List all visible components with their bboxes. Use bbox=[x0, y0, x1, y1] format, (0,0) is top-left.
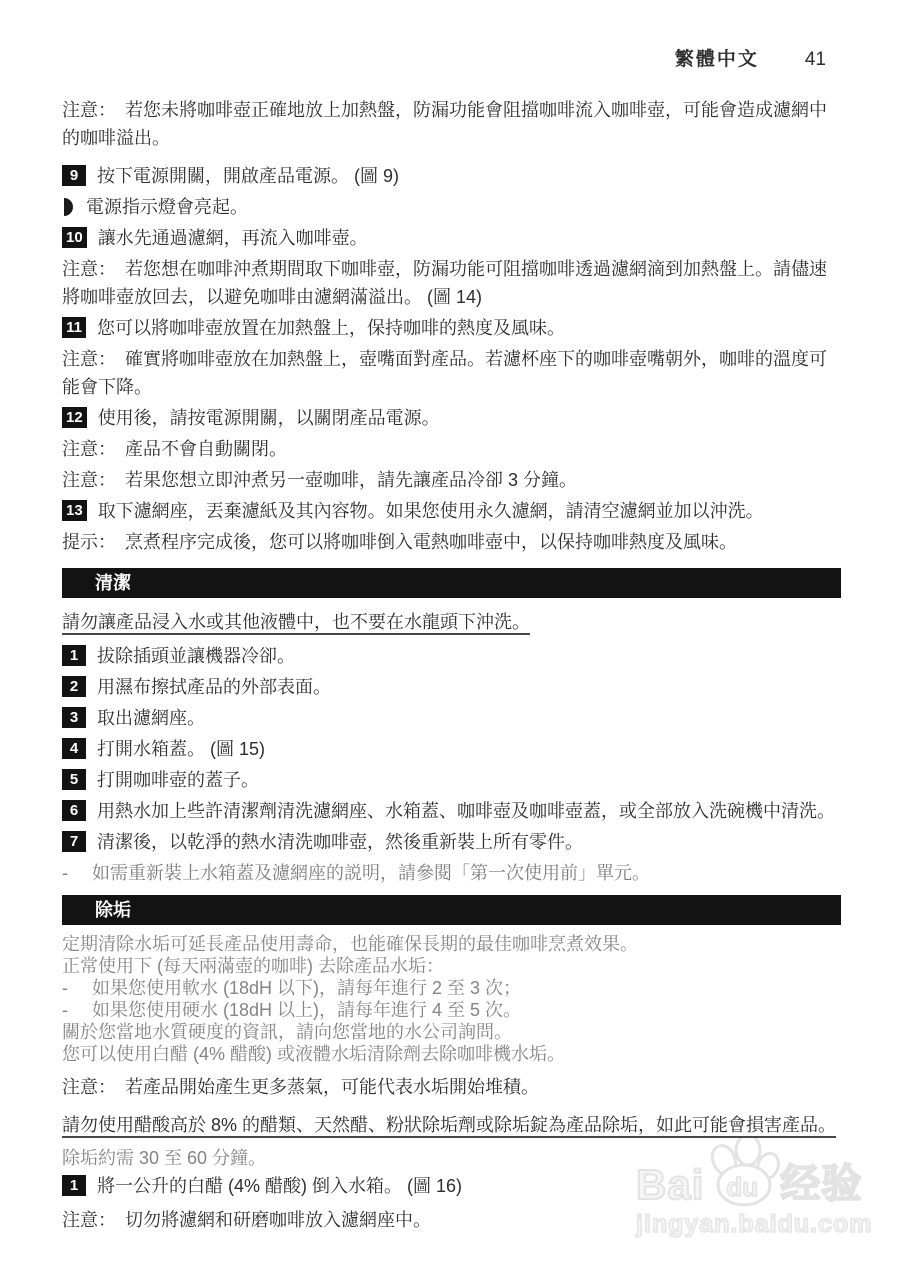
step-text: 取下濾網座，丟棄濾紙及其內容物。如果您使用永久濾網，請清空濾網並加以沖洗。 bbox=[98, 497, 764, 525]
note-no-autooff: 注意： 產品不會自動關閉。 bbox=[62, 435, 841, 463]
descale-vinegar: 您可以使用白醋 (4% 醋酸) 或液體水垢清除劑去除咖啡機水垢。 bbox=[62, 1043, 841, 1065]
note-no-filter: 注意： 切勿將濾網和研磨咖啡放入濾網座中。 bbox=[62, 1206, 841, 1234]
step-number-badge: 11 bbox=[62, 317, 86, 338]
warning-immersion: 請勿讓產品浸入水或其他液體中，也不要在水龍頭下沖洗。 bbox=[62, 608, 841, 636]
result-text: 電源指示燈會亮起。 bbox=[86, 193, 248, 221]
step-9-result: 電源指示燈會亮起。 bbox=[62, 193, 841, 221]
step-text: 您可以將咖啡壺放置在加熱盤上，保持咖啡的熱度及風味。 bbox=[97, 314, 565, 342]
dash-hard-water: - 如果您使用硬水 (18dH 以上)，請每年進行 4 至 5 次。 bbox=[62, 999, 841, 1021]
result-bullet-icon bbox=[64, 198, 73, 216]
step-text: 用熱水加上些許清潔劑清洗濾網座、水箱蓋、咖啡壺及咖啡壺蓋，或全部放入洗碗機中清洗… bbox=[97, 797, 835, 825]
descale-normal-use: 正常使用下 (每天兩滿壺的咖啡) 去除產品水垢： bbox=[62, 955, 841, 977]
step-number-badge: 13 bbox=[62, 500, 87, 521]
dash-bullet: - bbox=[62, 977, 92, 999]
step-number-badge: 2 bbox=[62, 676, 86, 697]
step-number-badge: 9 bbox=[62, 165, 86, 186]
step-9: 9 按下電源開關，開啟產品電源。 (圖 9) bbox=[62, 162, 841, 190]
step-number-badge: 5 bbox=[62, 769, 86, 790]
page-number: 41 bbox=[805, 49, 826, 71]
step-number-badge: 10 bbox=[62, 227, 87, 248]
step-text: 使用後，請按電源開關，以關閉產品電源。 bbox=[98, 404, 440, 432]
cleaning-step-2: 2 用濕布擦拭產品的外部表面。 bbox=[62, 673, 841, 701]
cleaning-step-3: 3 取出濾網座。 bbox=[62, 704, 841, 732]
step-number-badge: 7 bbox=[62, 831, 86, 852]
step-text: 讓水先通過濾網，再流入咖啡壺。 bbox=[98, 224, 368, 252]
tip-thermos: 提示： 烹煮程序完成後，您可以將咖啡倒入電熱咖啡壺中，以保持咖啡熱度及風味。 bbox=[62, 528, 841, 556]
cleaning-step-6: 6 用熱水加上些許清潔劑清洗濾網座、水箱蓋、咖啡壺及咖啡壺蓋，或全部放入洗碗機中… bbox=[62, 797, 841, 825]
note-remove-pot: 注意： 若您想在咖啡沖煮期間取下咖啡壺，防漏功能可阻擋咖啡透過濾網滴到加熱盤上。… bbox=[62, 255, 841, 311]
step-number-badge: 6 bbox=[62, 800, 86, 821]
step-number-badge: 4 bbox=[62, 738, 86, 759]
note-steam: 注意： 若產品開始產生更多蒸氣，可能代表水垢開始堆積。 bbox=[62, 1073, 841, 1101]
dash-note-reassemble: - 如需重新裝上水箱蓋及濾網座的説明，請參閱「第一次使用前」單元。 bbox=[62, 859, 841, 887]
cleaning-step-7: 7 清潔後，以乾淨的熱水清洗咖啡壺，然後重新裝上所有零件。 bbox=[62, 828, 841, 856]
step-10: 10 讓水先通過濾網，再流入咖啡壺。 bbox=[62, 224, 841, 252]
step-text: 清潔後，以乾淨的熱水清洗咖啡壺，然後重新裝上所有零件。 bbox=[97, 828, 583, 856]
step-text: 取出濾網座。 bbox=[97, 704, 205, 732]
dash-bullet: - bbox=[62, 859, 92, 887]
cleaning-step-4: 4 打開水箱蓋。 (圖 15) bbox=[62, 735, 841, 763]
step-text: 打開水箱蓋。 (圖 15) bbox=[97, 735, 265, 763]
step-13: 13 取下濾網座，丟棄濾紙及其內容物。如果您使用永久濾網，請清空濾網並加以沖洗。 bbox=[62, 497, 841, 525]
descale-step-1: 1 將一公升的白醋 (4% 醋酸) 倒入水箱。 (圖 16) bbox=[62, 1172, 841, 1200]
note-pot-placement: 注意： 若您未將咖啡壺正確地放上加熱盤，防漏功能會阻擋咖啡流入咖啡壺，可能會造成… bbox=[62, 96, 841, 152]
note-spout: 注意： 確實將咖啡壺放在加熱盤上，壺嘴面對產品。若濾杯座下的咖啡壺嘴朝外，咖啡的… bbox=[62, 345, 841, 401]
step-number-badge: 1 bbox=[62, 645, 86, 666]
step-text: 用濕布擦拭產品的外部表面。 bbox=[97, 673, 331, 701]
section-title-cleaning: 清潔 bbox=[62, 568, 841, 598]
dash-bullet: - bbox=[62, 999, 92, 1021]
step-number-badge: 12 bbox=[62, 407, 87, 428]
descale-duration: 除垢約需 30 至 60 分鐘。 bbox=[62, 1147, 841, 1169]
manual-page: 繁體中文 41 注意： 若您未將咖啡壺正確地放上加熱盤，防漏功能會阻擋咖啡流入咖… bbox=[0, 0, 902, 1280]
step-text: 拔除插頭並讓機器冷卻。 bbox=[97, 642, 295, 670]
step-text: 按下電源開關，開啟產品電源。 (圖 9) bbox=[97, 162, 399, 190]
step-number-badge: 3 bbox=[62, 707, 86, 728]
descale-water-company: 關於您當地水質硬度的資訊，請向您當地的水公司詢問。 bbox=[62, 1021, 841, 1043]
step-12: 12 使用後，請按電源開關，以關閉產品電源。 bbox=[62, 404, 841, 432]
step-11: 11 您可以將咖啡壺放置在加熱盤上，保持咖啡的熱度及風味。 bbox=[62, 314, 841, 342]
language-label: 繁體中文 bbox=[675, 44, 759, 71]
note-cooldown: 注意： 若果您想立即沖煮另一壺咖啡，請先讓產品冷卻 3 分鐘。 bbox=[62, 466, 841, 494]
cleaning-step-1: 1 拔除插頭並讓機器冷卻。 bbox=[62, 642, 841, 670]
dash-soft-water: - 如果您使用軟水 (18dH 以下)，請每年進行 2 至 3 次； bbox=[62, 977, 841, 999]
warning-acid: 請勿使用醋酸高於 8% 的醋類、天然醋、粉狀除垢劑或除垢錠為產品除垢，如此可能會… bbox=[62, 1111, 841, 1139]
page-header: 繁體中文 41 bbox=[0, 0, 902, 71]
step-text: 將一公升的白醋 (4% 醋酸) 倒入水箱。 (圖 16) bbox=[97, 1172, 462, 1200]
descale-lifetime: 定期清除水垢可延長產品使用壽命，也能確保長期的最佳咖啡烹煮效果。 bbox=[62, 933, 841, 955]
page-content: 注意： 若您未將咖啡壺正確地放上加熱盤，防漏功能會阻擋咖啡流入咖啡壺，可能會造成… bbox=[0, 71, 902, 1234]
step-text: 打開咖啡壺的蓋子。 bbox=[97, 766, 259, 794]
section-title-descaling: 除垢 bbox=[62, 895, 841, 925]
cleaning-step-5: 5 打開咖啡壺的蓋子。 bbox=[62, 766, 841, 794]
step-number-badge: 1 bbox=[62, 1175, 86, 1196]
